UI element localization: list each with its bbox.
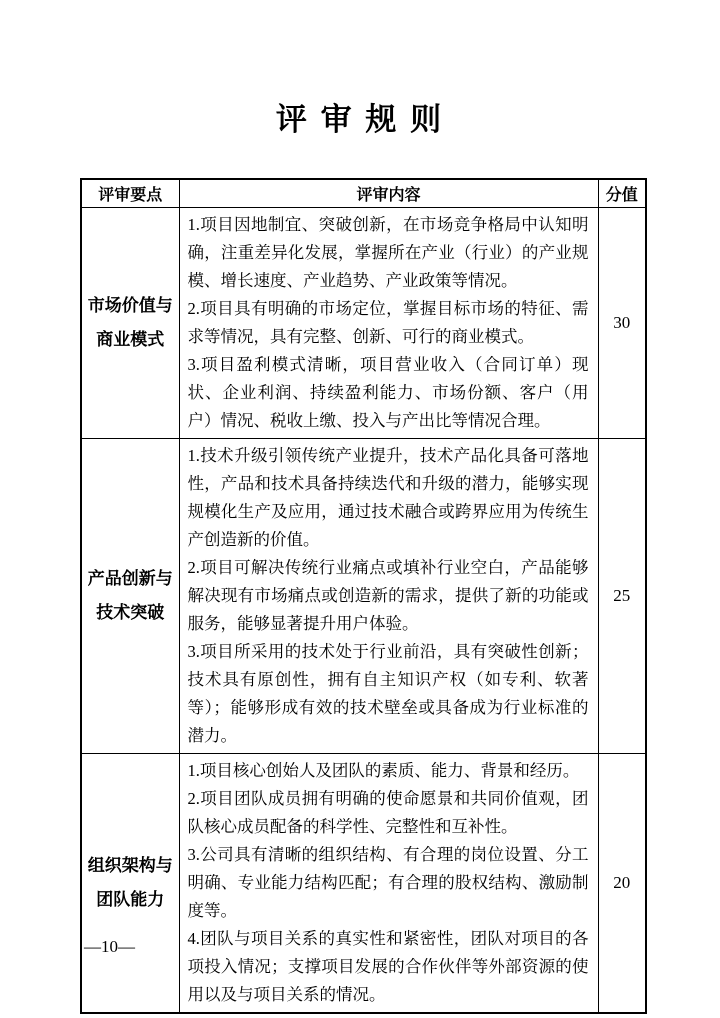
table-row-market-value: 市场价值与 商业模式 1.项目因地制宜、突破创新，在市场竞争格局中认知明确，注重… bbox=[81, 208, 646, 439]
header-review-points: 评审要点 bbox=[81, 179, 179, 208]
document-page: 评 审 规 则 评审要点 评审内容 分值 市场价值与 商业模式 1.项目因地制宜… bbox=[0, 0, 720, 1018]
review-rules-table: 评审要点 评审内容 分值 市场价值与 商业模式 1.项目因地制宜、突破创新，在市… bbox=[80, 178, 647, 1014]
table-row-product-innovation: 产品创新与 技术突破 1.技术升级引领传统产业提升，技术产品化具备可落地性，产品… bbox=[81, 439, 646, 754]
content-item: 3.项目盈利模式清晰，项目营业收入（合同订单）现状、企业利润、持续盈利能力、市场… bbox=[188, 351, 589, 435]
category-cell: 市场价值与 商业模式 bbox=[81, 208, 179, 439]
page-title: 评 审 规 则 bbox=[0, 94, 720, 139]
score-cell: 20 bbox=[598, 754, 646, 1014]
content-item: 3.公司具有清晰的组织结构、有合理的岗位设置、分工明确、专业能力结构匹配；有合理… bbox=[188, 841, 589, 925]
content-item: 3.项目所采用的技术处于行业前沿，具有突破性创新；技术具有原创性，拥有自主知识产… bbox=[188, 638, 589, 750]
content-cell: 1.项目因地制宜、突破创新，在市场竞争格局中认知明确，注重差异化发展，掌握所在产… bbox=[179, 208, 598, 439]
category-cell: 产品创新与 技术突破 bbox=[81, 439, 179, 754]
content-item: 2.项目团队成员拥有明确的使命愿景和共同价值观，团队核心成员配备的科学性、完整性… bbox=[188, 785, 589, 841]
content-item: 1.技术升级引领传统产业提升，技术产品化具备可落地性，产品和技术具备持续迭代和升… bbox=[188, 442, 589, 554]
content-cell: 1.技术升级引领传统产业提升，技术产品化具备可落地性，产品和技术具备持续迭代和升… bbox=[179, 439, 598, 754]
score-cell: 30 bbox=[598, 208, 646, 439]
category-cell: 组织架构与 团队能力 bbox=[81, 754, 179, 1014]
header-review-content: 评审内容 bbox=[179, 179, 598, 208]
content-item: 4.团队与项目关系的真实性和紧密性，团队对项目的各项投入情况；支撑项目发展的合作… bbox=[188, 925, 589, 1009]
page-number: —10— bbox=[84, 937, 135, 957]
header-score: 分值 bbox=[598, 179, 646, 208]
content-item: 2.项目可解决传统行业痛点或填补行业空白，产品能够解决现有市场痛点或创造新的需求… bbox=[188, 554, 589, 638]
content-cell: 1.项目核心创始人及团队的素质、能力、背景和经历。 2.项目团队成员拥有明确的使… bbox=[179, 754, 598, 1014]
content-item: 2.项目具有明确的市场定位，掌握目标市场的特征、需求等情况，具有完整、创新、可行… bbox=[188, 295, 589, 351]
content-item: 1.项目核心创始人及团队的素质、能力、背景和经历。 bbox=[188, 757, 589, 785]
table-row-organization-team: 组织架构与 团队能力 1.项目核心创始人及团队的素质、能力、背景和经历。 2.项… bbox=[81, 754, 646, 1014]
content-item: 1.项目因地制宜、突破创新，在市场竞争格局中认知明确，注重差异化发展，掌握所在产… bbox=[188, 211, 589, 295]
table-header-row: 评审要点 评审内容 分值 bbox=[81, 179, 646, 208]
score-cell: 25 bbox=[598, 439, 646, 754]
